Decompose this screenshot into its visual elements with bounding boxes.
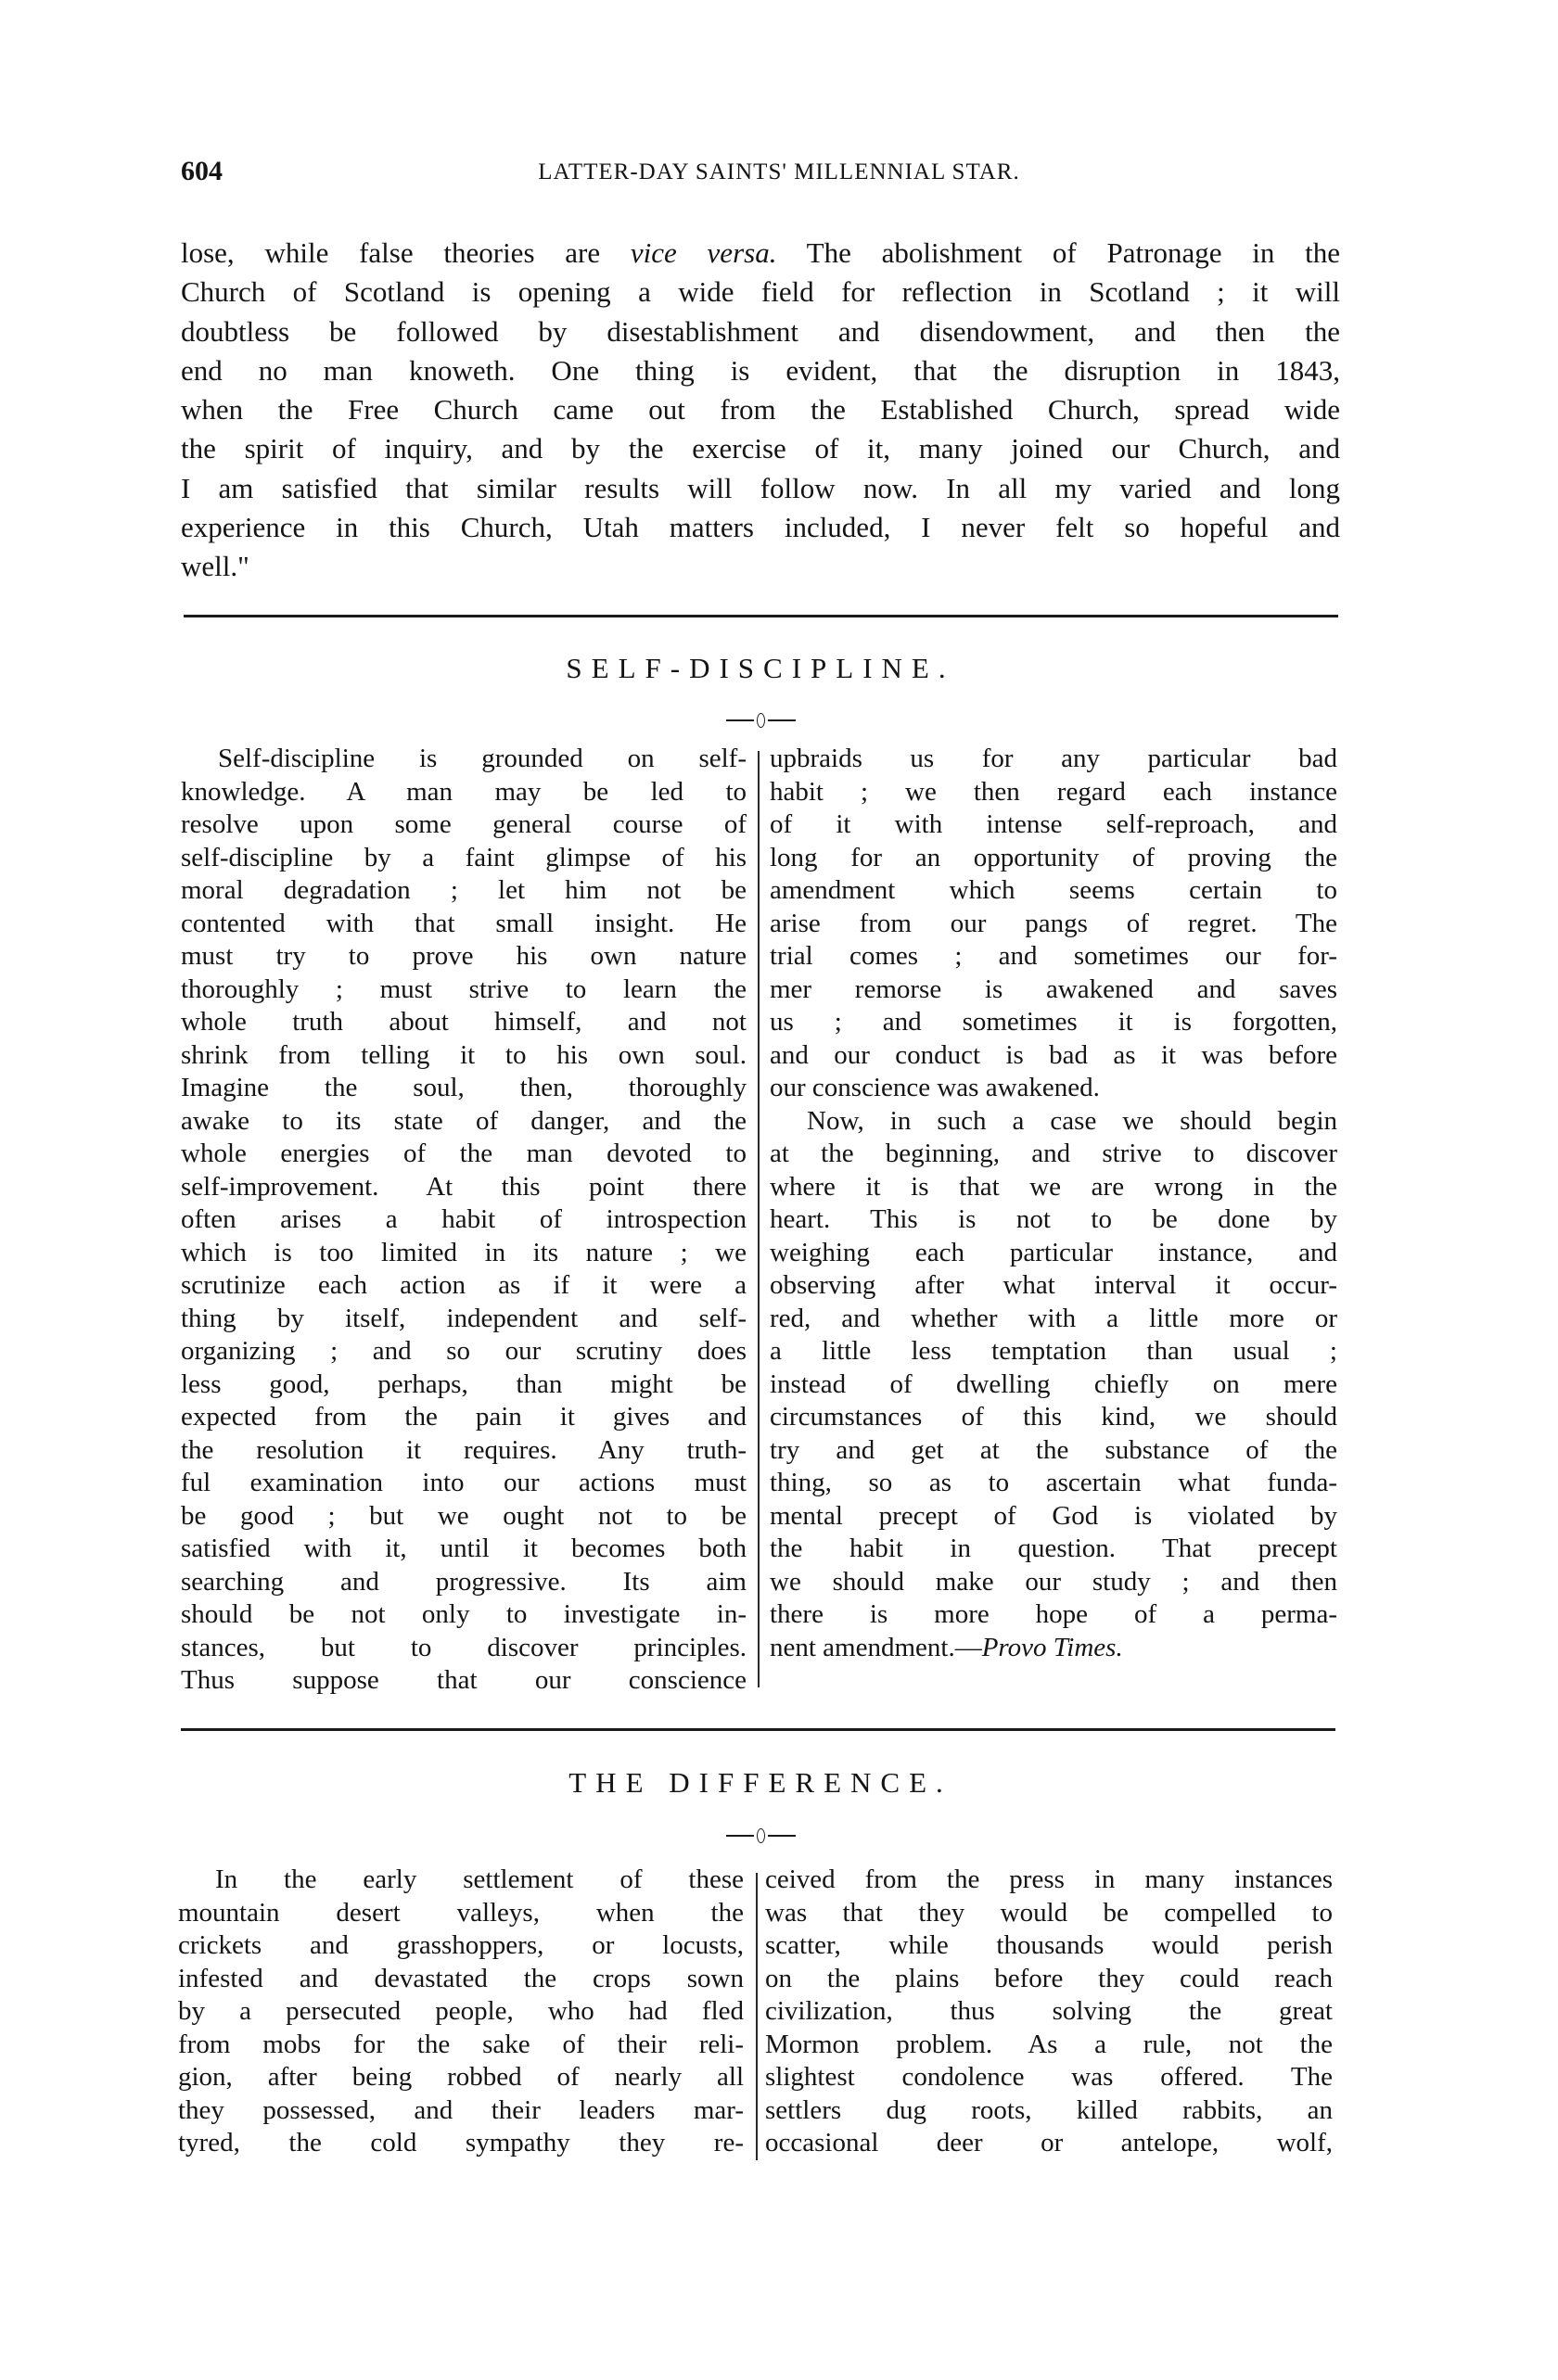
text-line: and our conduct is bad as it was before [770,1039,1337,1073]
text-line: us ; and sometimes it is forgotten, [770,1006,1337,1039]
text-line: scrutinize each action as if it were a [181,1269,747,1303]
text-line: from mobs for the sake of their reli- [178,2029,744,2062]
text-line: shrink from telling it to his own soul. [181,1039,747,1073]
text-line: ceived from the press in many instances [765,1864,1333,1897]
text-line: lose, while false theories are vice vers… [181,234,1340,273]
text-line: resolve upon some general course of [181,808,747,842]
text-line: moral degradation ; let him not be [181,874,747,908]
text-line: Church of Scotland is opening a wide fie… [181,273,1340,312]
text-line: habit ; we then regard each instance [770,776,1337,809]
text-line: instead of dwelling chiefly on mere [770,1368,1337,1402]
the-difference-left-column: In the early settlement of thesemountain… [178,1864,744,2160]
text-line: should be not only to investigate in- [181,1598,747,1632]
text-line: which is too limited in its nature ; we [181,1237,747,1270]
text-line: scatter, while thousands would perish [765,1929,1333,1963]
text-line: slightest condolence was offered. The [765,2061,1333,2094]
text-line: heart. This is not to be done by [770,1203,1337,1237]
self-discipline-right-column: upbraids us for any particular badhabit … [770,743,1337,1664]
italic-phrase: vice versa. [631,236,777,269]
text-line: nent amendment.—Provo Times. [770,1632,1337,1665]
text-line: Now, in such a case we should begin [770,1105,1337,1139]
text-line: at the beginning, and strive to discover [770,1138,1337,1171]
continuation-paragraph: lose, while false theories are vice vers… [181,234,1340,587]
text-line: crickets and grasshoppers, or locusts, [178,1929,744,1963]
text-line: Thus suppose that our conscience [181,1664,747,1698]
text-line: be good ; but we ought not to be [181,1500,747,1534]
text-line: mountain desert valleys, when the [178,1897,744,1930]
text-line: civilization, thus solving the great [765,1995,1333,2029]
text-line: experience in this Church, Utah matters … [181,508,1340,547]
text-line: Imagine the soul, then, thoroughly [181,1072,747,1105]
column-divider [758,751,760,1687]
text-line: ful examination into our actions must [181,1467,747,1500]
text-line: self-discipline by a faint glimpse of hi… [181,842,747,875]
document-page: 604 LATTER-DAY SAINTS' MILLENNIAL STAR. … [0,0,1558,2380]
text-line: on the plains before they could reach [765,1963,1333,1996]
column-divider [756,1873,758,2160]
ornament-divider [181,709,1340,731]
section-title-self-discipline: SELF-DISCIPLINE. [181,652,1340,685]
text-line: the spirit of inquiry, and by the exerci… [181,429,1340,468]
text-line: Self-discipline is grounded on self- [181,743,747,776]
text-line: In the early settlement of these [178,1864,744,1897]
text-line: observing after what interval it occur- [770,1269,1337,1303]
text-line: trial comes ; and sometimes our for- [770,940,1337,974]
section-title-the-difference: THE DIFFERENCE. [181,1766,1340,1800]
text-line: tyred, the cold sympathy they re- [178,2127,744,2160]
text-line: thing by itself, independent and self- [181,1303,747,1336]
text-line: end no man knoweth. One thing is evident… [181,351,1340,390]
text-line: thoroughly ; must strive to learn the [181,974,747,1007]
text-line: thing, so as to ascertain what funda- [770,1467,1337,1500]
text-line: amendment which seems certain to [770,874,1337,908]
text-line: arise from our pangs of regret. The [770,908,1337,941]
text-line: gion, after being robbed of nearly all [178,2061,744,2094]
text-line: whole truth about himself, and not [181,1006,747,1039]
text-line: try and get at the substance of the [770,1434,1337,1468]
text-line: red, and whether with a little more or [770,1303,1337,1336]
text-line: where it is that we are wrong in the [770,1171,1337,1204]
text-line: of it with intense self-reproach, and [770,808,1337,842]
text-line: circumstances of this kind, we should [770,1401,1337,1434]
text-line: mental precept of God is violated by [770,1500,1337,1534]
text-line: satisfied with it, until it becomes both [181,1533,747,1566]
text-line: organizing ; and so our scrutiny does [181,1335,747,1368]
text-line: the resolution it requires. Any truth- [181,1434,747,1468]
text-line: contented with that small insight. He [181,908,747,941]
text-line: upbraids us for any particular bad [770,743,1337,776]
text-line: there is more hope of a perma- [770,1598,1337,1632]
text-line: expected from the pain it gives and [181,1401,747,1434]
text-line: well." [181,547,1340,586]
text-line: the habit in question. That precept [770,1533,1337,1566]
section-rule [181,1728,1335,1731]
the-difference-right-column: ceived from the press in many instancesw… [765,1864,1333,2160]
text-line: our conscience was awakened. [770,1072,1337,1105]
text-line: occasional deer or antelope, wolf, [765,2127,1333,2160]
self-discipline-left-column: Self-discipline is grounded on self-know… [181,743,747,1698]
text-line: a little less temptation than usual ; [770,1335,1337,1368]
text-line: I am satisfied that similar results will… [181,469,1340,508]
text-line: self-improvement. At this point there [181,1171,747,1204]
text-line: by a persecuted people, who had fled [178,1995,744,2029]
text-line: stances, but to discover principles. [181,1632,747,1665]
text-line: when the Free Church came out from the E… [181,390,1340,429]
text-line: they possessed, and their leaders mar- [178,2094,744,2128]
text-line: we should make our study ; and then [770,1566,1337,1599]
text-line: doubtless be followed by disestablishmen… [181,312,1340,351]
text-line: mer remorse is awakened and saves [770,974,1337,1007]
text-line: whole energies of the man devoted to [181,1138,747,1171]
text-line: searching and progressive. Its aim [181,1566,747,1599]
text-line: awake to its state of danger, and the [181,1105,747,1139]
text-line: infested and devastated the crops sown [178,1963,744,1996]
ornament-divider [181,1825,1340,1846]
text-line: settlers dug roots, killed rabbits, an [765,2094,1333,2128]
attribution-source: Provo Times. [982,1633,1123,1662]
text-line: knowledge. A man may be led to [181,776,747,809]
text-line: Mormon problem. As a rule, not the [765,2029,1333,2062]
text-line: long for an opportunity of proving the [770,842,1337,875]
text-line: less good, perhaps, than might be [181,1368,747,1402]
running-head: 604 LATTER-DAY SAINTS' MILLENNIAL STAR. [181,156,1340,193]
section-rule [184,615,1338,617]
text-line: must try to prove his own nature [181,940,747,974]
text-line: often arises a habit of introspection [181,1203,747,1237]
journal-title: LATTER-DAY SAINTS' MILLENNIAL STAR. [181,159,1340,185]
text-line: was that they would be compelled to [765,1897,1333,1930]
text-line: weighing each particular instance, and [770,1237,1337,1270]
